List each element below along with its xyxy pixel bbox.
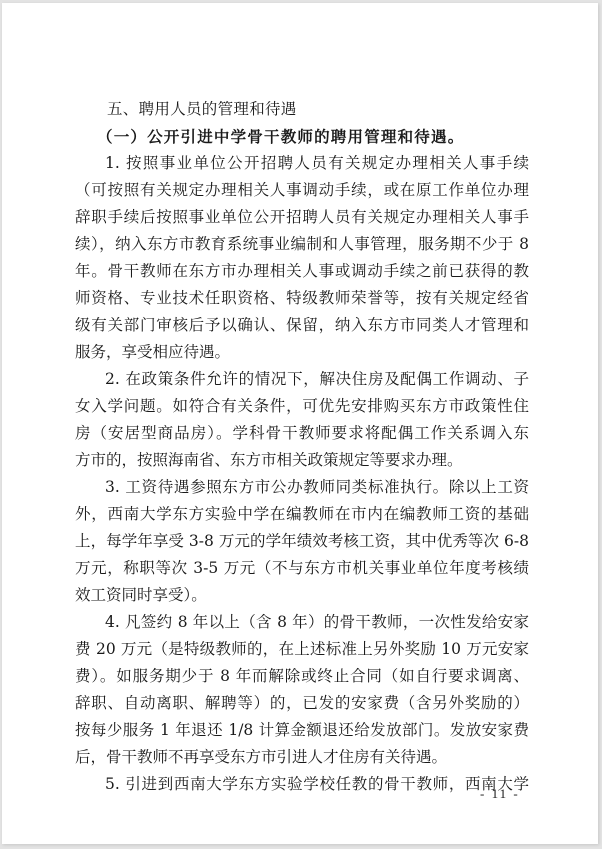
body-line: 费）。如服务期少于 8 年而解除或终止合同（如自行要求调离、 [75, 663, 529, 690]
body-line: （可按照有关规定办理相关人事调动手续，或在原工作单位办理 [75, 177, 529, 204]
body-line: 按每少服务 1 年退还 1/8 计算金额退还给发放部门。发放安家费 [75, 717, 529, 744]
body-line: 上，每学年享受 3-8 万元的学年绩效考核工资，其中优秀等次 6-8 [75, 528, 529, 555]
body-line: 辞职手续后按照事业单位公开招聘人员有关规定办理相关人事手 [75, 204, 529, 231]
page-number: - 11 - [480, 786, 520, 802]
body-line: 2. 在政策条件允许的情况下，解决住房及配偶工作调动、子 [105, 366, 529, 393]
body-line: 方市的，按照海南省、东方市相关政策规定等要求办理。 [75, 447, 529, 474]
body-line: 师资格、专业技术任职资格、特级教师荣誉等，按有关规定经省 [75, 285, 529, 312]
body-line: 年。骨干教师在东方市办理相关人事或调动手续之前已获得的教 [75, 258, 529, 285]
body-line: 辞职、自动离职、解聘等）的，已发的安家费（含另外奖励的） [75, 690, 529, 717]
body-line: 1. 按照事业单位公开招聘人员有关规定办理相关人事手续 [105, 150, 529, 177]
body-line: 费 20 万元（是特级教师的，在上述标准上另外奖励 10 万元安家 [75, 636, 529, 663]
body-line: 3. 工资待遇参照东方市公办教师同类标准执行。除以上工资 [105, 474, 529, 501]
body-line: 服务，享受相应待遇。 [75, 339, 529, 366]
subsection-heading: （一）公开引进中学骨干教师的聘用管理和待遇。 [97, 123, 551, 150]
body-line: 效工资同时享受）。 [75, 582, 529, 609]
section-heading: 五、聘用人员的管理和待遇 [107, 96, 561, 123]
body-line: 4. 凡签约 8 年以上（含 8 年）的骨干教师，一次性发给安家 [105, 609, 529, 636]
body-line: 房（安居型商品房）。学科骨干教师要求将配偶工作关系调入东 [75, 420, 529, 447]
body-line: 5. 引进到西南大学东方实验学校任教的骨干教师，西南大学 [105, 771, 529, 798]
body-line: 万元，称职等次 3-5 万元（不与东方市机关事业单位年度考核绩 [75, 555, 529, 582]
body-line: 外，西南大学东方实验中学在编教师在市内在编教师工资的基础 [75, 501, 529, 528]
body-line: 续），纳入东方市教育系统事业编制和人事管理，服务期不少于 8 [75, 231, 529, 258]
document-page: 五、聘用人员的管理和待遇 （一）公开引进中学骨干教师的聘用管理和待遇。 1. 按… [2, 3, 598, 844]
body-line: 级有关部门审核后予以确认、保留，纳入东方市同类人才管理和 [75, 312, 529, 339]
body-line: 女入学问题。如符合有关条件，可优先安排购买东方市政策性住 [75, 393, 529, 420]
body-line: 后，骨干教师不再享受东方市引进人才住房有关待遇。 [75, 744, 529, 771]
